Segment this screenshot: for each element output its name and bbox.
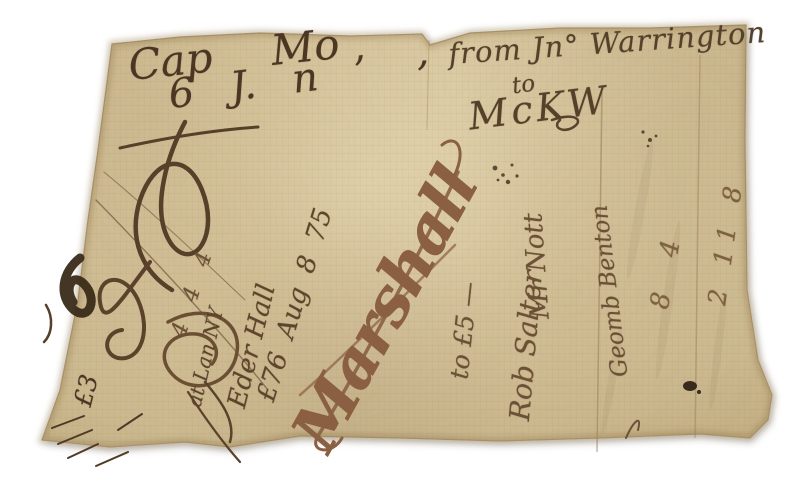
left-edge-mark bbox=[44, 305, 51, 342]
dark-s-mark bbox=[64, 258, 91, 313]
signature-cross-flourish bbox=[300, 245, 455, 395]
signature-flourish bbox=[318, 172, 458, 436]
left-circle-scrawl bbox=[164, 313, 237, 385]
ink-blot bbox=[683, 381, 701, 394]
ink-specks bbox=[493, 130, 658, 184]
left-hairline bbox=[104, 172, 245, 300]
signature-loop bbox=[316, 436, 342, 450]
left-hairline bbox=[96, 200, 268, 390]
bottom-left-hatches bbox=[52, 414, 142, 466]
addressee-swash bbox=[552, 117, 578, 130]
scanned-document: Cap Mo 6 J. n ’ ’ from Jn° Warrington to… bbox=[0, 0, 800, 490]
ink-flourish-layer bbox=[0, 0, 800, 490]
left-flourish-cross bbox=[120, 127, 258, 148]
left-loop-scrawl bbox=[100, 262, 150, 358]
left-tail-stroke bbox=[205, 382, 231, 442]
right-edge-mark bbox=[626, 421, 639, 438]
